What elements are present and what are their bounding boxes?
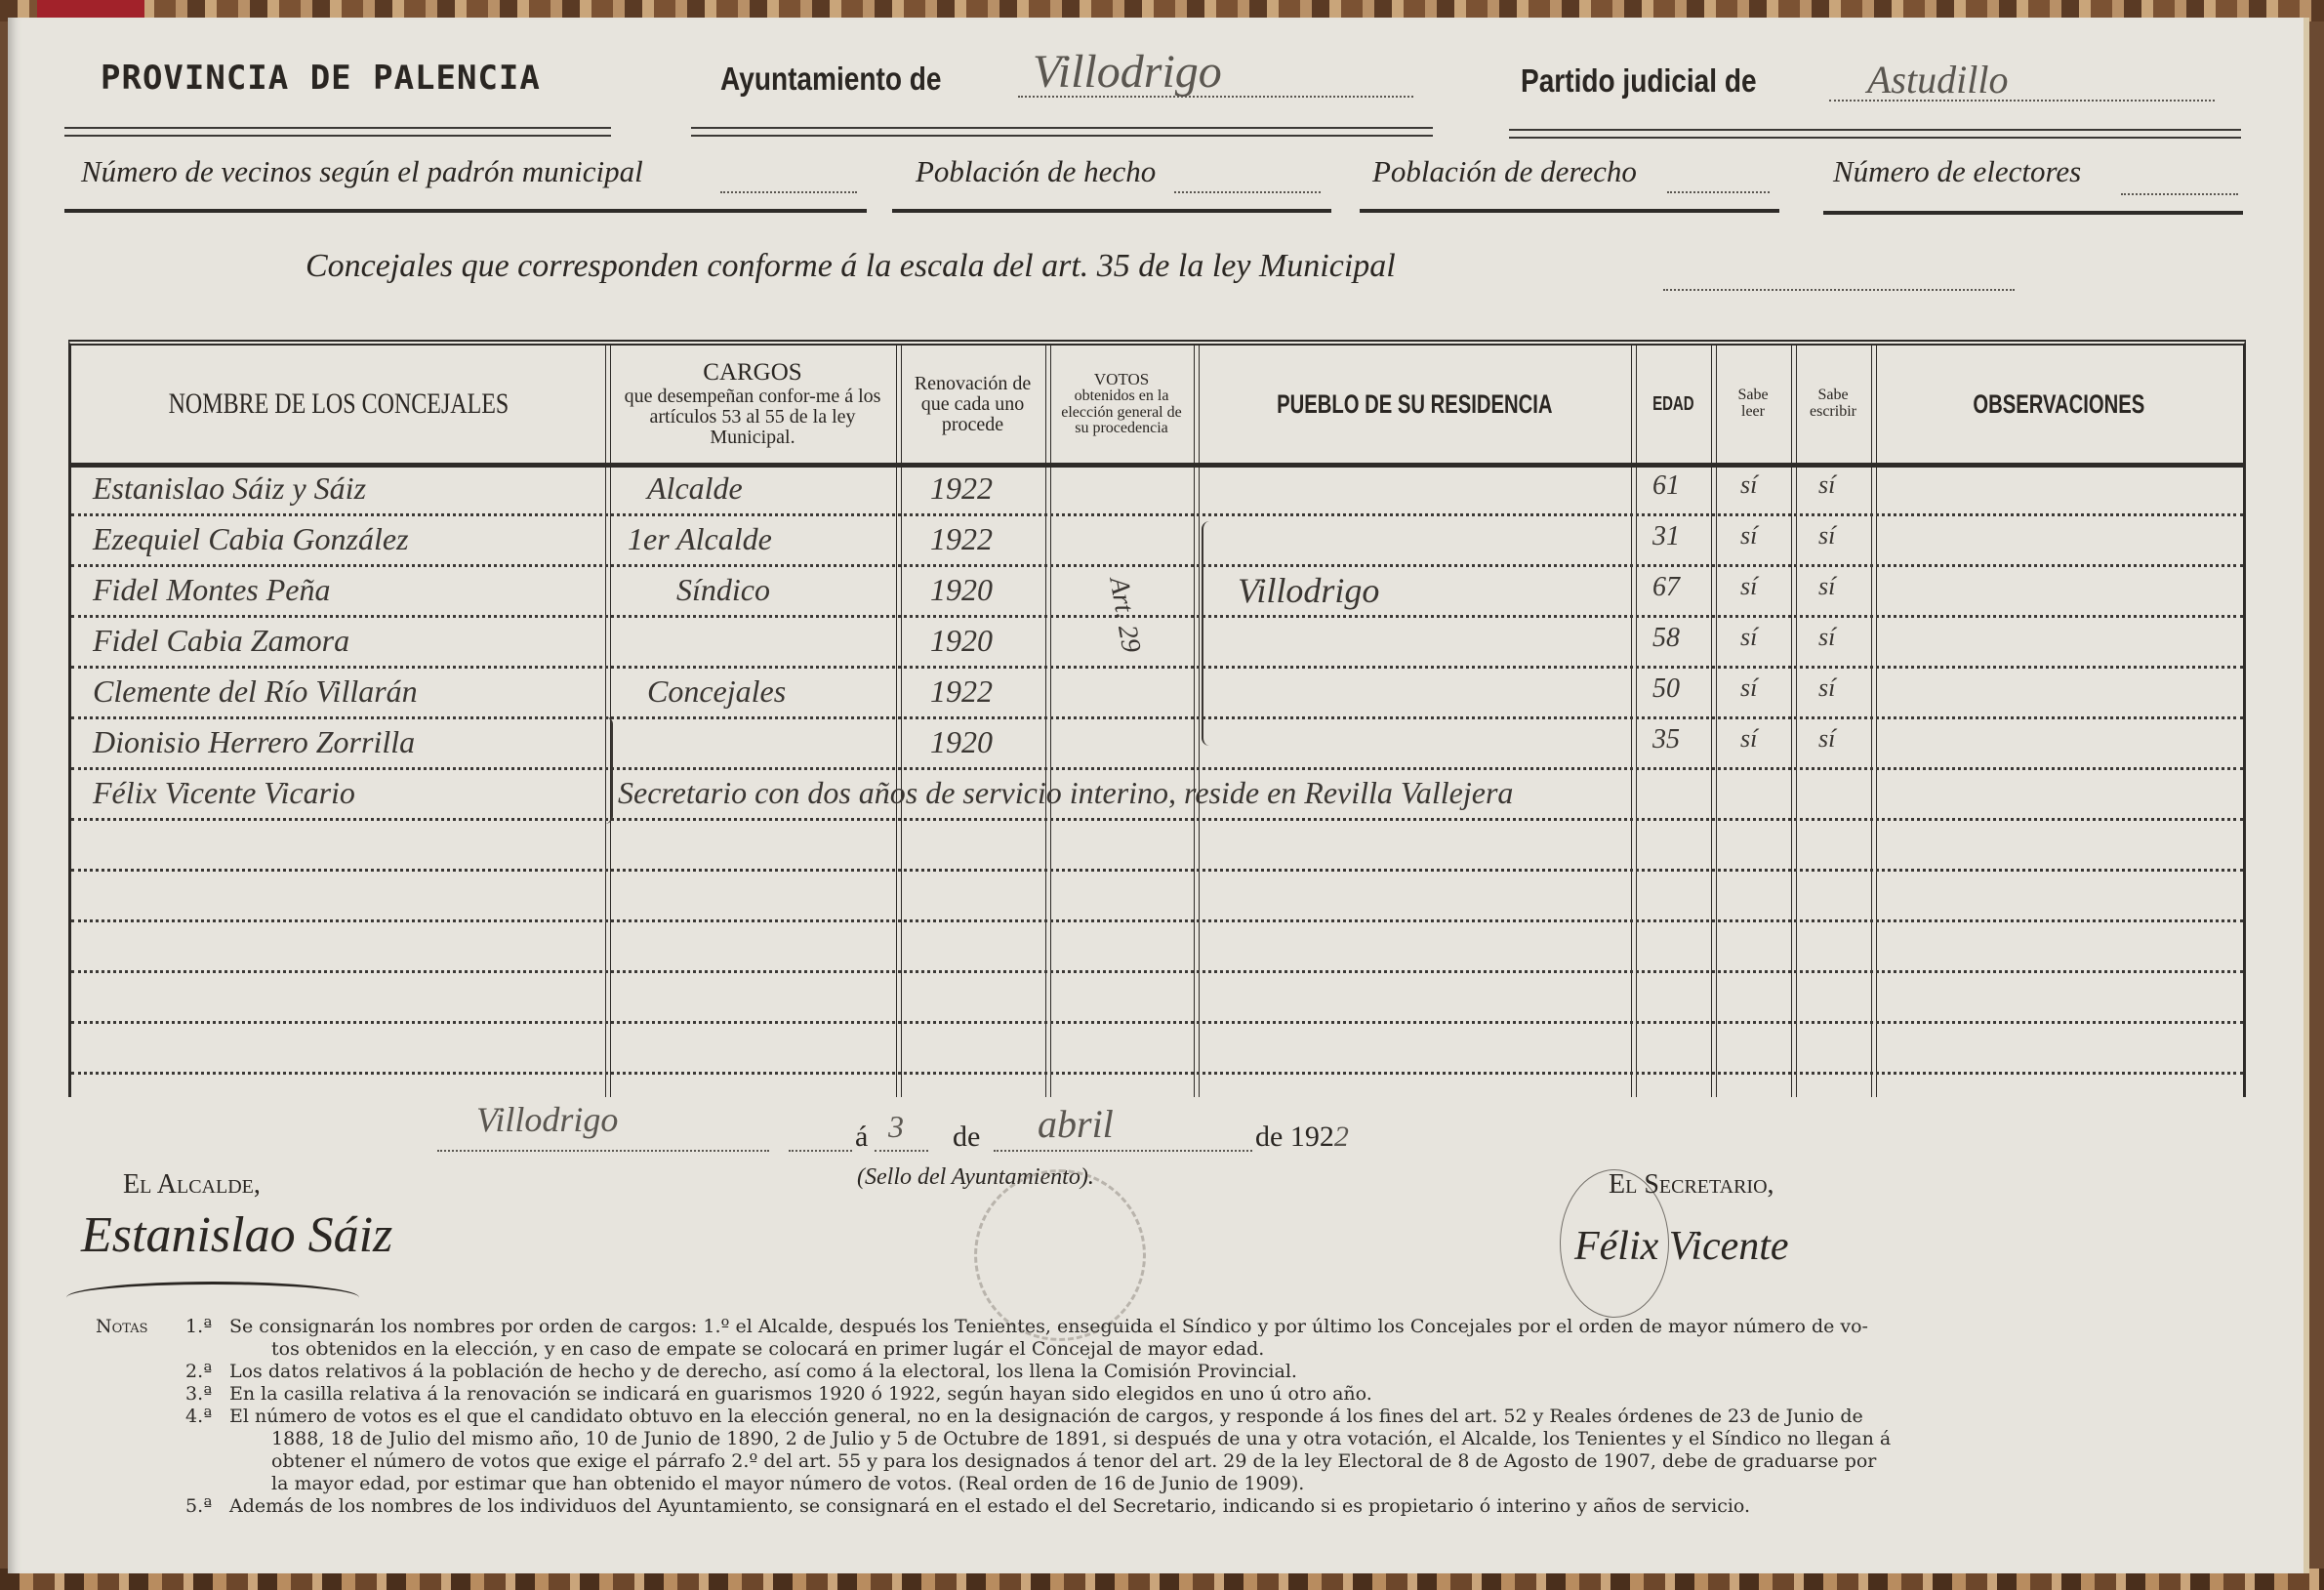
cell-edad: 35 [1652,724,1680,755]
cell-cargo: 1er Alcalde [628,521,772,557]
electores-field[interactable] [2121,193,2238,195]
cell-edad: 58 [1652,623,1680,654]
field-rule [1823,211,2243,215]
cell-leer: sí [1740,724,1757,754]
header-renovacion: Renovación de que cada uno procede [900,346,1045,463]
cell-escribir: sí [1818,470,1835,500]
cell-renovacion: 1920 [930,623,993,659]
cell-escribir: sí [1818,724,1835,754]
header-votos: VOTOS obtenidos en la elección general d… [1049,346,1194,463]
header-cargos: CARGOS que desempeñan confor-me á los ar… [609,346,896,463]
header-pueblo-text: PUEBLO DE SU RESIDENCIA [1277,390,1552,418]
poblacion-derecho-field[interactable] [1667,191,1770,193]
cell-edad: 61 [1652,470,1680,502]
cell-escribir: sí [1818,572,1835,601]
field-rule [64,209,867,213]
cell-escribir: sí [1818,623,1835,652]
row-divider [71,615,2243,618]
cell-renovacion: 1922 [930,673,993,710]
note-number: 4.ª [185,1406,229,1428]
note-text: 1888, 18 de Julio del mismo año, 10 de J… [271,1428,2223,1450]
de-label: de [953,1121,980,1154]
cell-renovacion: 1922 [930,470,993,507]
header-observaciones: OBSERVACIONES [1875,346,2243,463]
ayuntamiento-value: Villodrigo [1033,45,1222,99]
alcalde-label: El Alcalde, [123,1169,261,1201]
row-divider [71,1072,2243,1075]
header-rule [71,463,2243,468]
note-item: Notas 1.ª Se consignarán los nombres por… [96,1316,2223,1338]
note-number: 5.ª [185,1495,229,1518]
field-rule [1360,209,1779,213]
cell-nombre: Clemente del Río Villarán [93,673,418,710]
cell-leer: sí [1740,673,1757,703]
partido-label: Partido judicial de [1521,62,1757,100]
secretary-note: Secretario con dos años de servicio inte… [618,775,1513,811]
province-title: PROVINCIA DE PALENCIA [101,59,541,98]
document-page: PROVINCIA DE PALENCIA Ayuntamiento de Vi… [8,18,2309,1573]
poblacion-hecho-field[interactable] [1174,191,1321,193]
concejales-label: Concejales que corresponden conforme á l… [306,248,1396,285]
cell-edad: 31 [1652,521,1680,552]
electores-label: Número de electores [1833,154,2081,189]
header-sabe-leer-text: Sabe leer [1725,387,1781,421]
cell-nombre: Dionisio Herrero Zorrilla [93,724,415,760]
header-sabe-leer: Sabe leer [1715,346,1791,463]
note-item: 4.ª El número de votos es el que el cand… [96,1406,2223,1428]
header-edad-text: EDAD [1652,394,1694,415]
signature-flourish [66,1282,359,1314]
year-label: de 1922 [1255,1121,1349,1154]
row-divider [71,818,2243,821]
cell-edad: 67 [1652,572,1680,603]
place-field-extension [789,1150,852,1152]
row-divider [71,869,2243,872]
notes-tag: Notas [96,1316,185,1338]
cell-nombre: Félix Vicente Vicario [93,775,355,811]
vecinos-label: Número de vecinos según el padrón munici… [81,154,643,189]
header-renovacion-text: Renovación de que cada uno procede [906,374,1040,435]
month-field[interactable] [994,1150,1252,1152]
note-number: 3.ª [185,1383,229,1406]
alcalde-signature: Estanislao Sáiz [81,1206,392,1264]
note-number: 1.ª [185,1316,229,1338]
cell-cargo: Síndico [676,572,770,608]
note-text: Además de los nombres de los individuos … [229,1495,2223,1518]
cell-leer: sí [1740,470,1757,500]
cell-cargo: Alcalde [647,470,743,507]
cell-renovacion: 1922 [930,521,993,557]
cell-leer: sí [1740,623,1757,652]
cell-renovacion: 1920 [930,572,993,608]
row-divider [71,767,2243,770]
header-nombre: NOMBRE DE LOS CONCEJALES [71,346,605,463]
cell-escribir: sí [1818,521,1835,550]
vecinos-field[interactable] [720,191,857,193]
row-divider [71,1021,2243,1024]
year-prefix: de 192 [1255,1121,1334,1153]
note-continuation: 1888, 18 de Julio del mismo año, 10 de J… [96,1428,2223,1450]
row-divider [71,919,2243,922]
header-sabe-escribir-text: Sabe escribir [1799,387,1867,421]
header-rule [691,127,1433,137]
poblacion-hecho-label: Población de hecho [916,154,1156,189]
header-votos-sub: obtenidos en la elección general de su p… [1055,388,1188,437]
note-item: 3.ª En la casilla relativa á la renovaci… [96,1383,2223,1406]
cell-escribir: sí [1818,673,1835,703]
row-divider [71,513,2243,516]
place-field[interactable] [437,1150,769,1152]
votos-bracket-note: Art. 29 [1102,575,1146,655]
header-votos-title: VOTOS [1094,371,1149,388]
month-value: abril [1038,1101,1114,1147]
note-text: Los datos relativos á la población de he… [229,1361,2223,1383]
note-text: tos obtenidos en la elección, y en caso … [271,1338,2223,1361]
bracket-mark [603,716,613,824]
note-text: En la casilla relativa á la renovación s… [229,1383,2223,1406]
poblacion-derecho-label: Población de derecho [1372,154,1637,189]
note-continuation: la mayor edad, por estimar que han obten… [96,1473,2223,1495]
cell-cargo: Concejales [647,673,786,710]
year-suffix: 2 [1334,1121,1349,1153]
note-item: 5.ª Además de los nombres de los individ… [96,1495,2223,1518]
cell-leer: sí [1740,572,1757,601]
header-cargos-sub: que desempeñan confor-me á los artículos… [609,387,896,448]
header-cargos-title: CARGOS [703,360,801,386]
header-nombre-text: NOMBRE DE LOS CONCEJALES [168,388,509,420]
place-value: Villodrigo [476,1099,618,1140]
ayuntamiento-label: Ayuntamiento de [720,61,941,98]
note-text: obtener el número de votos que exige el … [271,1450,2223,1473]
note-continuation: tos obtenidos en la elección, y en caso … [96,1338,2223,1361]
note-number: 2.ª [185,1361,229,1383]
cell-edad: 50 [1652,673,1680,705]
cell-nombre: Fidel Montes Peña [93,572,330,608]
cell-renovacion: 1920 [930,724,993,760]
row-divider [71,970,2243,973]
cell-nombre: Fidel Cabia Zamora [93,623,349,659]
day-field[interactable] [875,1150,928,1152]
note-continuation: obtener el número de votos que exige el … [96,1450,2223,1473]
cell-nombre: Estanislao Sáiz y Sáiz [93,470,366,507]
header-pueblo: PUEBLO DE SU RESIDENCIA [1198,346,1631,463]
concejales-table: NOMBRE DE LOS CONCEJALES CARGOS que dese… [68,340,2246,1097]
cell-nombre: Ezequiel Cabia González [93,521,409,557]
cell-leer: sí [1740,521,1757,550]
pueblo-value: Villodrigo [1238,570,1379,611]
row-divider [71,716,2243,719]
header-observaciones-text: OBSERVACIONES [1974,390,2145,418]
note-text: Se consignarán los nombres por orden de … [229,1316,2223,1338]
bracket-mark [1202,521,1211,746]
field-rule [892,209,1331,213]
notes-section: Notas 1.ª Se consignarán los nombres por… [96,1316,2223,1518]
concejales-field[interactable] [1663,289,2015,291]
signature-loop [1560,1169,1669,1318]
header-rule [1509,129,2241,139]
partido-value: Astudillo [1867,57,2008,102]
header-edad: EDAD [1635,346,1711,463]
header-rule [64,127,611,137]
note-item: 2.ª Los datos relativos á la población d… [96,1361,2223,1383]
note-text: la mayor edad, por estimar que han obten… [271,1473,2223,1495]
row-divider [71,564,2243,567]
row-divider [71,666,2243,669]
day-value: 3 [888,1109,904,1145]
note-text: El número de votos es el que el candidat… [229,1406,2223,1428]
a-label: á [855,1121,868,1154]
header-sabe-escribir: Sabe escribir [1795,346,1871,463]
